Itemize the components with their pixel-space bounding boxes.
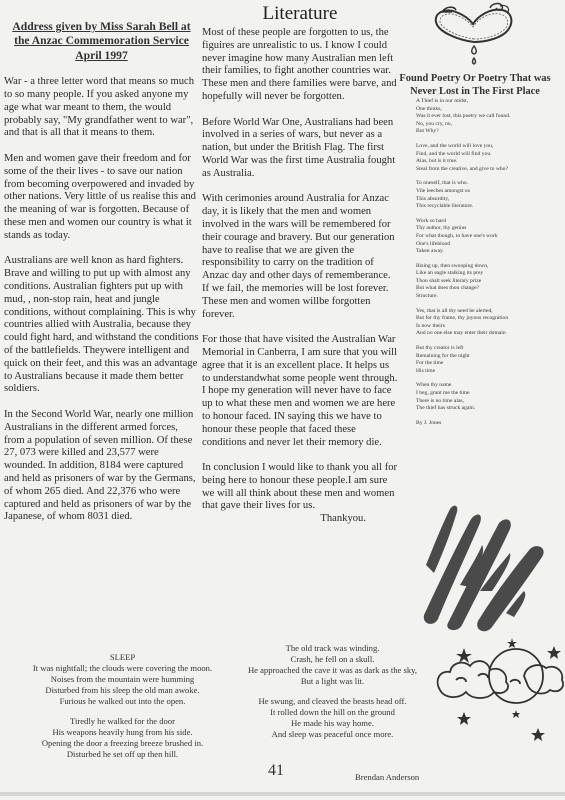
poem-line: When thy name: [416, 382, 564, 390]
poem-stanza: Work so hard Thy author, thy genius For …: [416, 218, 564, 256]
poem-stanza: When thy name I beg, grant me the time T…: [416, 382, 564, 412]
poem-stanza: Love, and the world will love you, Find,…: [416, 143, 564, 173]
poem-line: Thy author, thy genius: [416, 225, 564, 233]
poem-line: His weapons heavily hung from his side.: [10, 727, 235, 738]
poem-line: One's lifeblood: [416, 241, 564, 249]
poem-stanza: To oneself, that is who. Vile leeches am…: [416, 180, 564, 210]
poem-stanza: But thy creator is left Remaining for th…: [416, 345, 564, 375]
poem-line: He made his way home.: [240, 718, 425, 729]
found-poetry-title: Found Poetry Or Poetry That was Never Lo…: [385, 72, 565, 98]
poem-line: It rolled down the hill on the ground: [240, 707, 425, 718]
address-closing: Thankyou.: [202, 513, 398, 526]
poem-line: And sleep was peaceful once more.: [240, 729, 425, 740]
page-bottom-edge: [0, 792, 565, 796]
poem-line: Tiredly he walked for the door: [10, 716, 235, 727]
address-paragraph: For those that have visited the Australi…: [202, 334, 398, 449]
poem-line: The old track was winding.: [240, 643, 425, 654]
poem-line: Opening the door a freezing breeze brush…: [10, 738, 235, 749]
poem-line: His time: [416, 368, 564, 376]
poem-line: Noises from the mountain were humming: [10, 674, 235, 685]
poem-line: Find, and the world will find you.: [416, 151, 564, 159]
address-paragraph: War - a three letter word that means so …: [4, 76, 199, 140]
poem-line: But what does thou change?: [416, 285, 564, 293]
poem-line: But thy creator is left: [416, 345, 564, 353]
poem-stanza: Tiredly he walked for the door His weapo…: [10, 716, 235, 760]
address-paragraph: Before World War One, Australians had be…: [202, 117, 398, 181]
poem-line: To oneself, that is who.: [416, 180, 564, 188]
address-paragraph: Men and women gave their freedom and for…: [4, 153, 199, 243]
track-poem: The old track was winding. Crash, he fel…: [240, 643, 425, 749]
heart-doodle-icon: [428, 2, 520, 66]
poem-stanza: Yes, that is all thy need be alerted, Bu…: [416, 308, 564, 338]
poem-line: But for thy frame, thy joyous recognitio…: [416, 315, 564, 323]
poem-line: For the time: [416, 360, 564, 368]
poem-line: The thief has struck again.: [416, 405, 564, 413]
poem-line: It was nightfall; the clouds were coveri…: [10, 663, 235, 674]
cloud-moon-stars-icon: [432, 630, 565, 750]
poem-line: Alas, but is it true.: [416, 158, 564, 166]
poem-line: This recyclable literature.: [416, 203, 564, 211]
poem-line: He approached the cave it was as dark as…: [240, 665, 425, 676]
address-left-column: Address given by Miss Sarah Bell at the …: [4, 20, 199, 537]
poem-line: I beg, grant me the time: [416, 390, 564, 398]
poem-line: He swung, and cleaved the beasts head of…: [240, 696, 425, 707]
sleep-poem: SLEEP It was nightfall; the clouds were …: [10, 652, 235, 769]
poem-line: Thou shalt seek literary prize: [416, 278, 564, 286]
poem-line: Taken away.: [416, 248, 564, 256]
address-paragraph: In conclusion I would like to thank you …: [202, 462, 398, 513]
poem-stanza: Rising up, then swooping down, Like an e…: [416, 263, 564, 301]
poem-line: Disturbed from his sleep the old man awo…: [10, 685, 235, 696]
address-title: Address given by Miss Sarah Bell at the …: [4, 20, 199, 63]
poem-line: Remaining for the night: [416, 353, 564, 361]
poem-line: Work so hard: [416, 218, 564, 226]
address-paragraph: Most of these people are forgotten to us…: [202, 27, 398, 104]
address-paragraph: In the Second World War, nearly one mill…: [4, 409, 199, 524]
poem-line: And no one else may enter their domain: [416, 330, 564, 338]
poem-line: Disturbed he set off up then hill.: [10, 749, 235, 760]
scribble-icon: [420, 495, 555, 635]
poem-line: Was it ever lost, this poetry we call fo…: [416, 113, 564, 121]
poem-byline: By J. Jones: [416, 420, 564, 428]
poem-line: Rising up, then swooping down,: [416, 263, 564, 271]
poem-line: This absurdity,: [416, 196, 564, 204]
poem-line: Crash, he fell on a skull.: [240, 654, 425, 665]
poem-line: For what though, to have one's work: [416, 233, 564, 241]
poem-line: Love, and the world will love you,: [416, 143, 564, 151]
poem-line: Furious he walked out into the open.: [10, 696, 235, 707]
magazine-page: Address given by Miss Sarah Bell at the …: [0, 0, 565, 800]
poem-line: A Thief is in our midst,: [416, 98, 564, 106]
poem-stanza: A Thief is in our midst, One thinks, Was…: [416, 98, 564, 136]
poem-line: Vile leeches amongst us: [416, 188, 564, 196]
section-title: Literature: [200, 3, 400, 25]
page-number: 41: [268, 762, 284, 780]
poem-line: Is now theirs: [416, 323, 564, 331]
address-paragraph: Australians are well knon as hard fighte…: [4, 255, 199, 396]
address-paragraph: With cerimonies around Australia for Anz…: [202, 193, 398, 321]
poem-line: Structure.: [416, 293, 564, 301]
poem-author: Brendan Anderson: [355, 772, 419, 782]
found-poetry-poem: A Thief is in our midst, One thinks, Was…: [416, 98, 564, 427]
address-middle-column: Most of these people are forgotten to us…: [202, 27, 398, 526]
poem-line: But Why?: [416, 128, 564, 136]
poem-title: SLEEP: [10, 652, 235, 663]
poem-line: Like an eagle stalking its prey: [416, 270, 564, 278]
poem-stanza: The old track was winding. Crash, he fel…: [240, 643, 425, 687]
poem-line: No, you cry, no,: [416, 121, 564, 129]
poem-line: But a light was lit.: [240, 676, 425, 687]
poem-stanza: He swung, and cleaved the beasts head of…: [240, 696, 425, 740]
poem-stanza: It was nightfall; the clouds were coveri…: [10, 663, 235, 707]
poem-line: Steal from the creative, and give to who…: [416, 166, 564, 174]
